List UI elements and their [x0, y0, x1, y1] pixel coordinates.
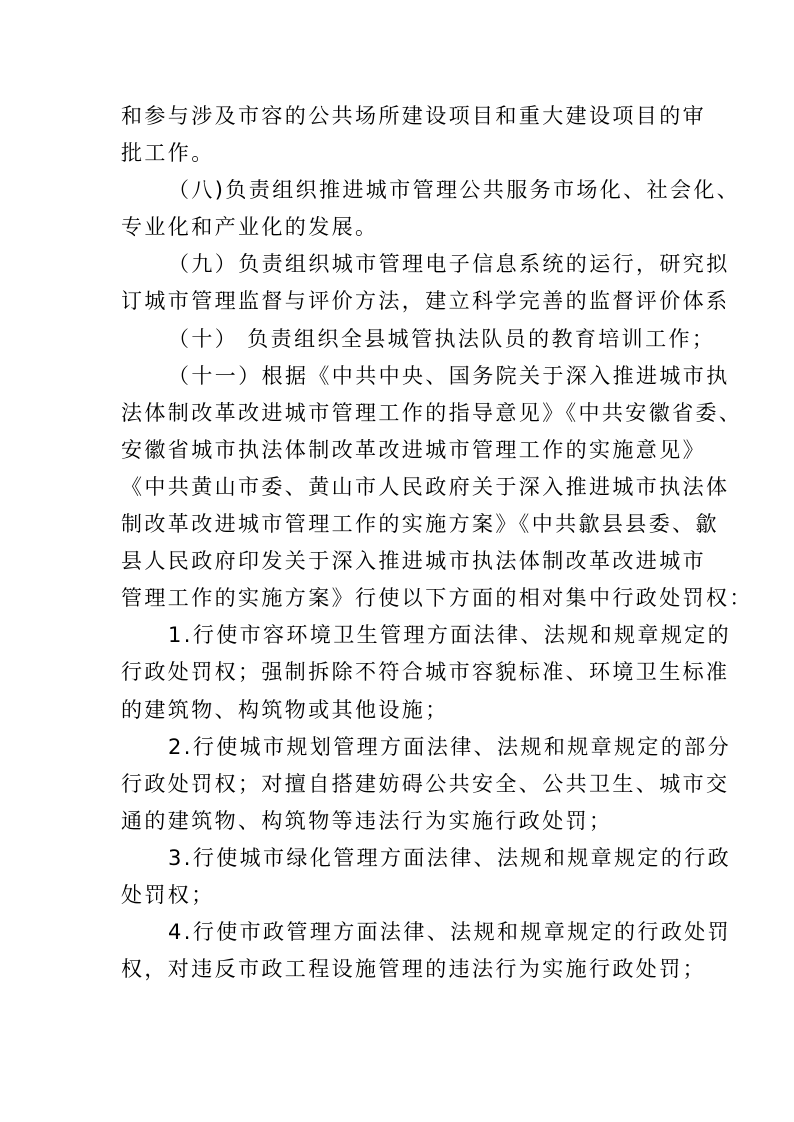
text-line: 订城市管理监督与评价方法，建立科学完善的监督评价体系	[121, 283, 681, 320]
text-line: 1.行使市容环境卫生管理方面法律、法规和规章规定的	[121, 617, 681, 654]
text-line: 行政处罚权；对擅自搭建妨碍公共安全、公共卫生、城市交	[121, 766, 681, 803]
text-line: 法体制改革改进城市管理工作的指导意见》《中共安徽省委、	[121, 395, 681, 432]
text-line: 的建筑物、构筑物或其他设施；	[121, 692, 681, 729]
text-line: 3.行使城市绿化管理方面法律、法规和规章规定的行政	[121, 840, 681, 877]
text-line: 专业化和产业化的发展。	[121, 209, 681, 246]
text-line: 2.行使城市规划管理方面法律、法规和规章规定的部分	[121, 729, 681, 766]
text-line: （十） 负责组织全县城管执法队员的教育培训工作；	[121, 321, 681, 358]
text-line: 批工作。	[121, 135, 681, 172]
text-line: 和参与涉及市容的公共场所建设项目和重大建设项目的审	[121, 98, 681, 135]
text-line: （九）负责组织城市管理电子信息系统的运行，研究拟	[121, 246, 681, 283]
text-line: （十一）根据《中共中央、国务院关于深入推进城市执	[121, 358, 681, 395]
text-line: 权，对违反市政工程设施管理的违法行为实施行政处罚；	[121, 951, 681, 988]
text-line: 管理工作的实施方案》行使以下方面的相对集中行政处罚权：	[121, 580, 681, 617]
text-line: 《中共黄山市委、黄山市人民政府关于深入推进城市执法体	[121, 469, 681, 506]
document-page: 和参与涉及市容的公共场所建设项目和重大建设项目的审 批工作。 （八)负责组织推进…	[0, 0, 794, 1122]
text-line: 4.行使市政管理方面法律、法规和规章规定的行政处罚	[121, 914, 681, 951]
text-line: 行政处罚权；强制拆除不符合城市容貌标准、环境卫生标准	[121, 654, 681, 691]
text-line: 处罚权；	[121, 877, 681, 914]
text-line: 县人民政府印发关于深入推进城市执法体制改革改进城市	[121, 543, 681, 580]
text-line: 制改革改进城市管理工作的实施方案》《中共歙县县委、歙	[121, 506, 681, 543]
document-body: 和参与涉及市容的公共场所建设项目和重大建设项目的审 批工作。 （八)负责组织推进…	[121, 98, 681, 988]
text-line: 通的建筑物、构筑物等违法行为实施行政处罚；	[121, 803, 681, 840]
text-line: 安徽省城市执法体制改革改进城市管理工作的实施意见》	[121, 432, 681, 469]
text-line: （八)负责组织推进城市管理公共服务市场化、社会化、	[121, 172, 681, 209]
